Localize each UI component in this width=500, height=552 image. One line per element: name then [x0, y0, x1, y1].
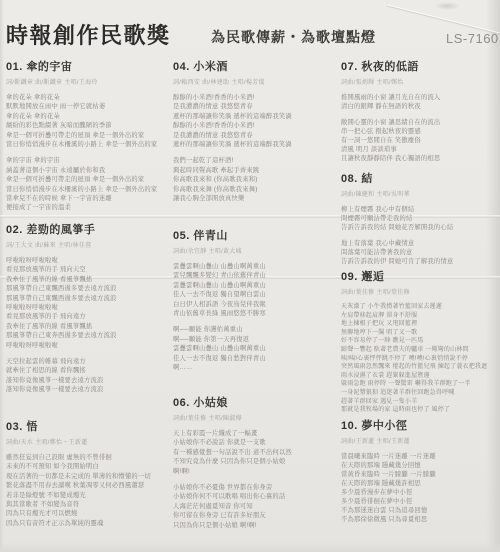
lyrics-stanza: 天空拉起雲的帷幕 飛向遠方就牽住了相思的線 看你飄搖誰知你竟像風箏一樣要去遠方流… — [6, 357, 168, 395]
song-credits: 詞曲/天水 主唱/鄭怡・王新蓮 — [6, 437, 168, 446]
lyrics-stanza: 雲疊雲啊山疊山 山疊山啊萬重山雲兒飄飄多變幻 青山依舊伴青山雲疊雲啊山疊山 山疊… — [173, 262, 335, 318]
album-subtitle: 為民歌傳薪・為歌壇點燈 — [211, 27, 376, 47]
song-title: 05. 伴青山 — [173, 227, 335, 243]
song-block: 09. 邂逅詞曲/葉佳修 主唱/葉佳修天灰濛了 小牛我揹著竹籃回家去遲遲左肩帶移… — [341, 268, 497, 415]
song-block: 05. 伴青山詞曲/余宜靜 主唱/黃大城雲疊雲啊山疊山 山疊山啊萬重山雲兒飄飄多… — [173, 227, 335, 372]
lyrics-stanza: 雖然狂妄到自己設限 虛無的不曾徘徊未來的不可預知 如今我開始明白現在活著的一切都… — [6, 453, 168, 528]
song-block: 03. 悟詞曲/天水 主唱/鄭怡・王新蓮雖然狂妄到自己設限 虛無的不曾徘徊未來的… — [6, 418, 168, 528]
song-title: 09. 邂逅 — [341, 268, 497, 284]
lyrics-stanza: 呼啦啦呀呼啦啦啦看見那放風箏的手 飛向天空我牽住了風箏的線 看風箏飄搖那風箏帶自… — [6, 256, 168, 350]
catalog-number: LS-7160 — [446, 31, 499, 46]
song-title: 08. 結 — [341, 170, 497, 186]
paper-edge-shadow-bottom — [0, 542, 500, 552]
lyrics-stanza: 地上有落葉 我心中藏情意問落葉可能沾帶著我的意告訴告訴我的伊 問她可肯了解我的情… — [341, 239, 497, 266]
song-title: 01. 傘的宇宙 — [6, 58, 168, 74]
song-credits: 詞曲/王新蓮 主唱/王新蓮 — [341, 436, 497, 445]
song-credits: 詞曲/葉佳修 主唱/陳淑樺 — [173, 413, 335, 422]
song-credits: 詞曲/余宜靜 主唱/黃大城 — [173, 246, 335, 255]
scan-smudge — [434, 2, 460, 10]
song-title: 03. 悟 — [6, 418, 168, 434]
lyrics-stanza: 傘的花朵 傘的花朵默默地開放在雨中 雨一停它就枯萎傘的花朵 傘的花朵繽紛的彩色點… — [6, 93, 168, 149]
lyrics-stanza: 我們一起乾了這杯酒!興起時同聲高歌 牽起手齊來跳你高歌我來和 (你高歌我來和)你… — [173, 156, 335, 203]
lyrics-stanza: 啊──願能 你護佑萬重山啊──願能 你第一天再復返雲疊雲啊山疊山 山疊山啊萬重山… — [173, 325, 335, 372]
lyrics-stanza: 小姑娘你不必憂傷 世界都在你身旁小姑娘你何不可以歌唱 唱出你心裏的話人海茫茫何處… — [173, 483, 335, 530]
song-block: 04. 小米酒詞/賴西安 曲/林建助 主唱/楊芳儀醇醇的小米酒!香香的小米酒!是… — [173, 58, 335, 203]
song-block: 01. 傘的宇宙詞/靳鐵章 曲/靳鐵章 主唱/王海玲傘的花朵 傘的花朵默默地開放… — [6, 58, 168, 213]
lyrics-stanza: 醇醇的小米酒!香香的小米酒!是我濃濃的情意 我悠悠青春遞杯的那端讓你笑渦 遞杯的… — [173, 93, 335, 149]
album-title: 時報創作民歌獎 — [6, 19, 171, 50]
song-credits: 詞曲/葉佳修 主唱/葉佳修 — [341, 287, 497, 296]
lyrics-stanza: 柳上有煙霧 我心中有個結問煙霧可願沾帶走我的結告訴告訴我的結 問她花否解開我的心… — [341, 205, 497, 232]
song-credits: 詞/賴西安 曲/林建助 主唱/楊芳儀 — [173, 77, 335, 86]
lyrics-stanza: 天上有彩霞一片織成了一幅畫小姑娘你不必說話 你就是一支歌有一種感覺想一句話說不出… — [173, 429, 335, 476]
song-credits: 詞/靳鐵章 曲/靳鐵章 主唱/王海玲 — [6, 77, 168, 86]
song-credits: 詞曲/張炳輝 主唱/鄭怡 — [341, 77, 497, 86]
song-block: 08. 結詞曲/陳健和 主唱/吳明華柳上有煙霧 我心中有個結問煙霧可願沾帶走我的… — [341, 170, 497, 266]
song-block: 07. 秋夜的低語詞曲/張炳輝 主唱/鄭怡推開風雨的小窗 讓月光自在的流入清白的… — [341, 58, 497, 163]
song-title: 07. 秋夜的低語 — [341, 58, 497, 74]
lyrics-stanza: 當晨曦來臨時 一片迷離 一片迷離在天際的那端 隱藏幾分回憶當黃昏來臨時 一片朦朧… — [341, 452, 497, 524]
song-block: 02. 差勁的風箏手詞/王大文 曲/蘇來 主唱/林佳蓉呼啦啦呀呼啦啦啦看見那放風… — [6, 221, 168, 395]
lyrics-stanza: 傘的宇宙 傘的宇宙涵蓋著這個小宇宙 永遠屬於你和我傘是一個可折疊可帶走的屋頂 傘… — [6, 156, 168, 212]
song-credits: 詞曲/陳健和 主唱/吳明華 — [341, 189, 497, 198]
song-title: 04. 小米酒 — [173, 58, 335, 74]
song-credits: 詞/王大文 曲/蘇來 主唱/林佳蓉 — [6, 240, 168, 249]
song-block: 10. 夢中小徑詞曲/王新蓮 主唱/王新蓮當晨曦來臨時 一片迷離 一片迷離在天際… — [341, 417, 497, 524]
song-title: 06. 小姑娘 — [173, 394, 335, 410]
lyrics-stanza: 天灰濛了 小牛我揹著竹籃回家去遲遲左肩帶移起肩胛 渾身不舒服地上揀根子把玩 又甩… — [341, 303, 497, 415]
song-title: 02. 差勁的風箏手 — [6, 221, 168, 237]
song-block: 06. 小姑娘詞曲/葉佳修 主唱/陳淑樺天上有彩霞一片織成了一幅畫小姑娘你不必說… — [173, 394, 335, 530]
lyrics-stanza: 推開風雨的小窗 讓月光自在的流入清白的銀輝 靜在無語的秋夜 — [341, 93, 497, 111]
lyrics-stanza: 敞開心靈的小窗 讓思緒自在的流出串一把心弦 撥起秋夜的靈感有一詞一悠閒自在 笑傲… — [341, 118, 497, 163]
song-title: 10. 夢中小徑 — [341, 417, 497, 433]
